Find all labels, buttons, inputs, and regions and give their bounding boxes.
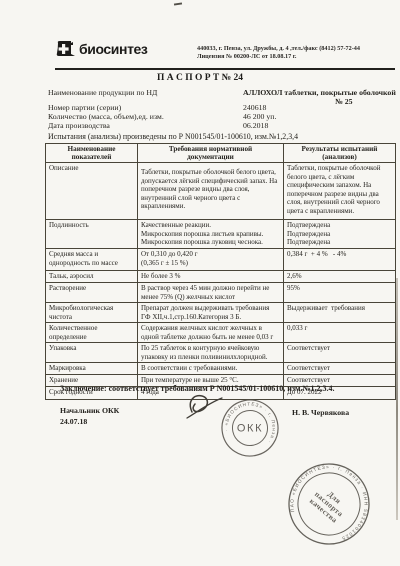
table-row: Упаковка По 25 таблеток в контурную ячей… <box>46 343 396 363</box>
row-result: Таблетки, покрытые оболочкой белого цвет… <box>284 163 396 220</box>
col-header-results: Результаты испытаний (анализов) <box>284 144 396 163</box>
production-date-label: Дата производства <box>48 121 110 130</box>
row-result: Подтверждена Подтверждена Подтверждена <box>284 220 396 249</box>
header-divider <box>55 68 395 70</box>
quantity-label: Количество (масса, объем),ед. изм. <box>48 112 164 121</box>
table-header-row: Наименование показателей Требования норм… <box>46 144 396 163</box>
quantity-value: 46 200 уп. <box>243 112 276 121</box>
scan-edge-line <box>396 278 398 520</box>
address-line-1: 440033, г. Пенза, ул. Дружбы, д. 4 ,тел.… <box>197 45 397 53</box>
row-result: Выдерживает требования <box>284 303 396 323</box>
row-requirement: Качественные реакции. Микроскопия порошк… <box>138 220 284 249</box>
row-requirement: Препарат должен выдерживать требования Г… <box>138 303 284 323</box>
results-table: Наименование показателей Требования норм… <box>45 143 396 400</box>
quality-passport-scan: биосинтез 440033, г. Пенза, ул. Дружбы, … <box>0 0 400 566</box>
row-result: 0,033 г <box>284 323 396 343</box>
tests-reference-line: Испытания (анализы) произведены по Р N00… <box>48 132 298 141</box>
row-name: Упаковка <box>46 343 138 363</box>
row-result: 2,6% <box>284 271 396 283</box>
table-row: Описание Таблетки, покрытые оболочкой бе… <box>46 163 396 220</box>
table-row: Маркировка В соответствии с требованиями… <box>46 363 396 375</box>
row-requirement: В соответствии с требованиями. <box>138 363 284 375</box>
col-header-requirements: Требования нормативной документации <box>138 144 284 163</box>
row-requirement: По 25 таблеток в контурную ячейковую упа… <box>138 343 284 363</box>
logo-cross-icon <box>56 40 76 58</box>
col-header-name: Наименование показателей <box>46 144 138 163</box>
table-row: Растворение В раствор через 45 мин должн… <box>46 283 396 303</box>
row-name: Подлинность <box>46 220 138 249</box>
row-name: Описание <box>46 163 138 220</box>
row-result: Соответствует <box>284 363 396 375</box>
company-address: 440033, г. Пенза, ул. Дружбы, д. 4 ,тел.… <box>197 45 397 61</box>
row-name: Микробиологическая чистота <box>46 303 138 323</box>
row-requirement: Таблетки, покрытые оболочкой белого цвет… <box>138 163 284 220</box>
row-name: Маркировка <box>46 363 138 375</box>
product-name-value: АЛЛОХОЛ таблетки, покрытые оболочкой <box>243 88 396 97</box>
signer-position: Начальник ОКК <box>60 406 119 415</box>
row-result: 0,384 г + 4 % - 4% <box>284 249 396 271</box>
row-requirement: Не более 3 % <box>138 271 284 283</box>
scan-speck <box>174 2 182 5</box>
batch-value: 240618 <box>243 103 266 112</box>
row-name: Тальк, аэросил <box>46 271 138 283</box>
table-row: Подлинность Качественные реакции. Микрос… <box>46 220 396 249</box>
logo-text: биосинтез <box>79 40 147 58</box>
address-line-2: Лицензия № 00200-ЛС от 18.08.17 г. <box>197 53 397 61</box>
product-number-value: № 25 <box>335 97 353 106</box>
table-row: Тальк, аэросил Не более 3 % 2,6% <box>46 271 396 283</box>
production-date-value: 06.2018 <box>243 121 268 130</box>
row-result: Соответствует <box>284 343 396 363</box>
product-name-label: Наименование продукции по НД <box>48 88 157 97</box>
signer-name: Н. В. Червякова <box>292 408 349 417</box>
row-result: 95% <box>284 283 396 303</box>
row-requirement: Содержания желчных кислот желчных в одно… <box>138 323 284 343</box>
row-requirement: От 0,310 до 0,420 г (0,365 г ± 15 %) <box>138 249 284 271</box>
row-name: Средняя масса и однородность по массе <box>46 249 138 271</box>
table-row: Микробиологическая чистота Препарат долж… <box>46 303 396 323</box>
quality-passport-stamp: ПАО «БИОСИНТЕЗ» · г. Пенза · ИНН 5834001… <box>276 451 382 557</box>
okk-stamp: · «БИОСИНТЕЗ» · г. Пенза · ОКК <box>213 391 287 465</box>
batch-label: Номер партии (серии) <box>48 103 121 112</box>
passport-title: П А С П О Р Т № 24 <box>0 73 400 83</box>
signing-date: 24.07.18 <box>60 417 87 426</box>
row-requirement: В раствор через 45 мин должно перейти не… <box>138 283 284 303</box>
okk-stamp-center-text: ОКК <box>237 423 263 435</box>
table-row: Количественное определение Содержания же… <box>46 323 396 343</box>
table-row: Средняя масса и однородность по массе От… <box>46 249 396 271</box>
manufacturer-logo: биосинтез <box>56 40 147 58</box>
row-name: Количественное определение <box>46 323 138 343</box>
row-name: Растворение <box>46 283 138 303</box>
